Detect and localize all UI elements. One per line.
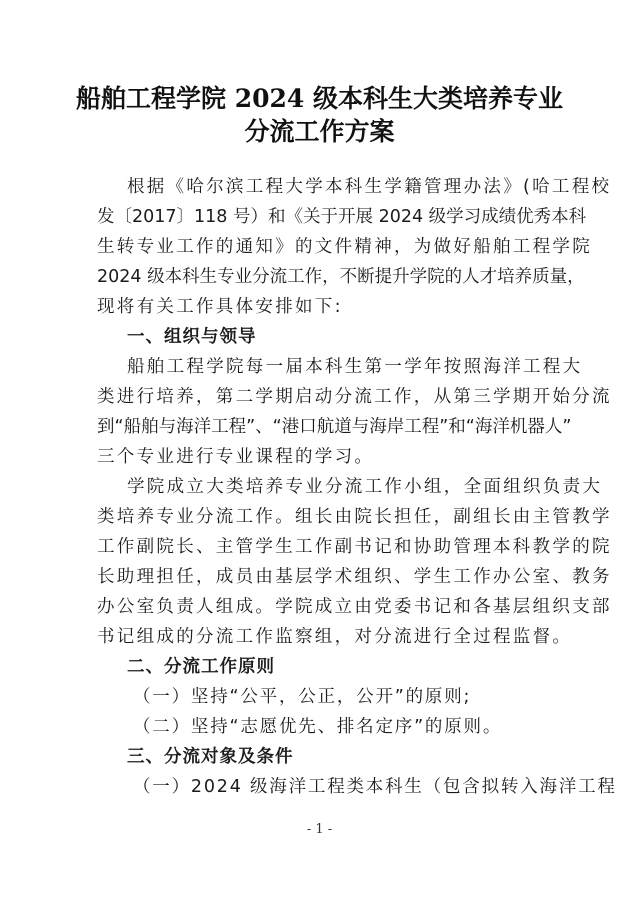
- paragraph-line: 类培养专业分流工作。组长由院长担任，副组长由主管教学: [97, 502, 545, 532]
- intro-line: 生转专业工作的通知》的文件精神，为做好船舶工程学院: [97, 232, 545, 262]
- document-title-line-1: 船舶工程学院 2024 级本科生大类培养专业: [60, 79, 579, 115]
- intro-line: 2024 级本科生专业分流工作，不断提升学院的人才培养质量，: [97, 262, 545, 292]
- section-heading: 二、分流工作原则: [127, 652, 545, 682]
- list-item: （二）坚持“志愿优先、排名定序”的原则。: [133, 712, 545, 742]
- paragraph-line: 办公室负责人组成。学院成立由党委书记和各基层组织支部: [97, 592, 545, 622]
- paragraph-line: 船舶工程学院每一届本科生第一学年按照海洋工程大: [127, 352, 545, 382]
- paragraph-line: 书记组成的分流工作监察组，对分流进行全过程监督。: [97, 622, 545, 652]
- paragraph-line: 类进行培养，第二学期启动分流工作，从第三学期开始分流: [97, 382, 545, 412]
- list-item: （一）坚持“公平，公正，公开”的原则;: [133, 682, 545, 712]
- page-number: - 1 -: [0, 822, 639, 837]
- paragraph-line: 工作副院长、主管学生工作副书记和协助管理本科教学的院: [97, 532, 545, 562]
- paragraph-line: 到“船舶与海洋工程”、“港口航道与海岸工程”和“海洋机器人”: [97, 412, 545, 442]
- document-title-line-2: 分流工作方案: [60, 112, 579, 148]
- intro-line: 发〔2017〕118 号）和《关于开展 2024 级学习成绩优秀本科: [97, 202, 545, 232]
- intro-line: 根据《哈尔滨工程大学本科生学籍管理办法》(哈工程校: [127, 172, 545, 202]
- paragraph-line: 长助理担任，成员由基层学术组织、学生工作办公室、教务: [97, 562, 545, 592]
- paragraph-line: 三个专业进行专业课程的学习。: [97, 442, 545, 472]
- document-page: 船舶工程学院 2024 级本科生大类培养专业 分流工作方案 根据《哈尔滨工程大学…: [0, 0, 639, 905]
- section-heading: 一、组织与领导: [127, 322, 545, 352]
- section-heading: 三、分流对象及条件: [127, 742, 545, 772]
- intro-line: 现将有关工作具体安排如下:: [97, 292, 545, 322]
- list-item: （一）2024 级海洋工程类本科生（包含拟转入海洋工程: [133, 772, 545, 802]
- paragraph-line: 学院成立大类培养专业分流工作小组，全面组织负责大: [127, 472, 545, 502]
